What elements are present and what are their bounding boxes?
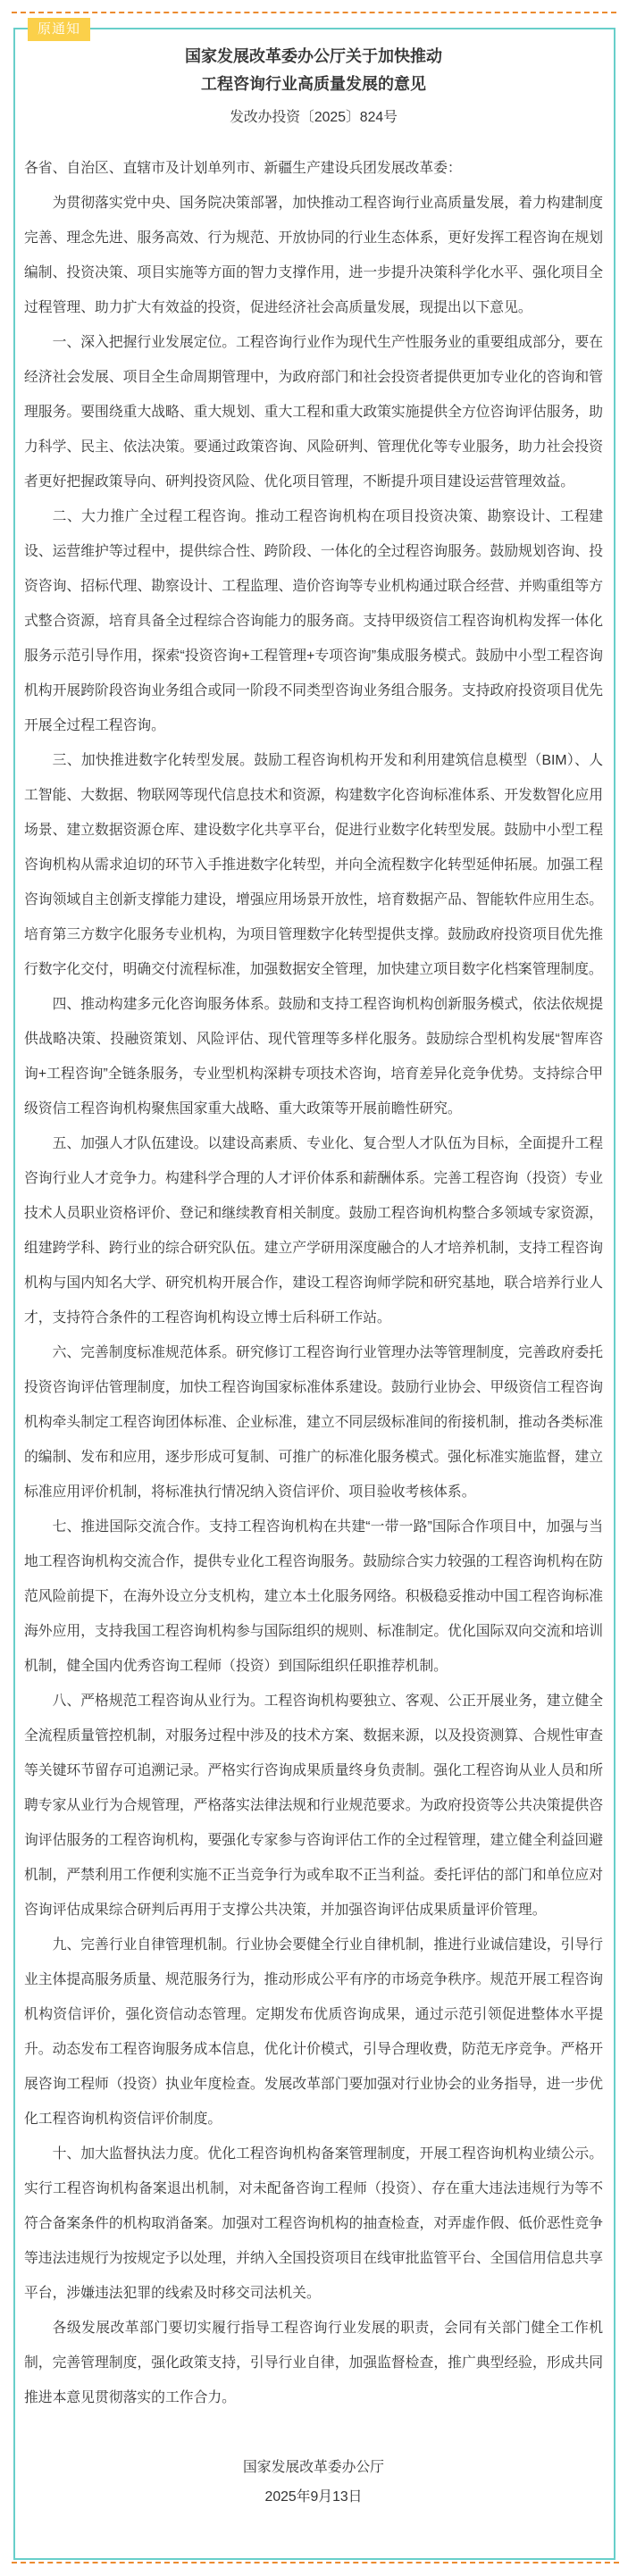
document-paragraph: 三、加快推进数字化转型发展。鼓励工程咨询机构开发和利用建筑信息模型（BIM）、人…: [24, 743, 603, 987]
document-body: 各省、自治区、直辖市及计划单列市、新疆生产建设兵团发展改革委： 为贯彻落实党中央…: [24, 151, 603, 2415]
document-paragraph: 一、深入把握行业发展定位。工程咨询行业作为现代生产性服务业的重要组成部分，要在经…: [24, 325, 603, 499]
document-paragraph: 十、加大监督执法力度。优化工程咨询机构备案管理制度，开展工程咨询机构业绩公示。实…: [24, 2137, 603, 2311]
signature-org: 国家发展改革委办公厅: [24, 2453, 603, 2482]
original-notice-tag: 原通知: [28, 18, 90, 41]
document-paragraph: 二、大力推广全过程工程咨询。推动工程咨询机构在项目投资决策、勘察设计、工程建设、…: [24, 499, 603, 743]
document-card: 原通知 国家发展改革委办公厅关于加快推动 工程咨询行业高质量发展的意见 发改办投…: [13, 28, 615, 2560]
document-paragraph: 五、加强人才队伍建设。以建设高素质、专业化、复合型人才队伍为目标，全面提升工程咨…: [24, 1126, 603, 1335]
signature-date: 2025年9月13日: [24, 2482, 603, 2512]
salutation: 各省、自治区、直辖市及计划单列市、新疆生产建设兵团发展改革委：: [24, 151, 603, 186]
document-paragraph: 九、完善行业自律管理机制。行业协会要健全行业自律机制，推进行业诚信建设，引导行业…: [24, 1928, 603, 2137]
top-dashed-divider: [12, 12, 616, 13]
document-paragraph: 四、推动构建多元化咨询服务体系。鼓励和支持工程咨询机构创新服务模式，依法依规提供…: [24, 987, 603, 1126]
bottom-dashed-divider: [12, 2562, 619, 2563]
document-paragraph: 各级发展改革部门要切实履行指导工程咨询行业发展的职责，会同有关部门健全工作机制，…: [24, 2311, 603, 2415]
document-paragraph: 七、推进国际交流合作。支持工程咨询机构在共建“一带一路”国际合作项目中，加强与当…: [24, 1510, 603, 1684]
document-title-line-1: 国家发展改革委办公厅关于加快推动: [185, 47, 442, 65]
document-paragraph: 六、完善制度标准规范体系。研究修订工程咨询行业管理办法等管理制度，完善政府委托投…: [24, 1335, 603, 1510]
signature-block: 国家发展改革委办公厅 2025年9月13日: [24, 2453, 603, 2512]
document-paragraph: 八、严格规范工程咨询从业行为。工程咨询机构要独立、客观、公正开展业务，建立健全全…: [24, 1684, 603, 1928]
document-number: 发改办投资〔2025〕824号: [24, 108, 603, 128]
document-title-line-2: 工程咨询行业高质量发展的意见: [201, 75, 426, 93]
document-paragraph: 为贯彻落实党中央、国务院决策部署，加快推动工程咨询行业高质量发展，着力构建制度完…: [24, 186, 603, 325]
document-title: 国家发展改革委办公厅关于加快推动 工程咨询行业高质量发展的意见: [24, 43, 603, 98]
